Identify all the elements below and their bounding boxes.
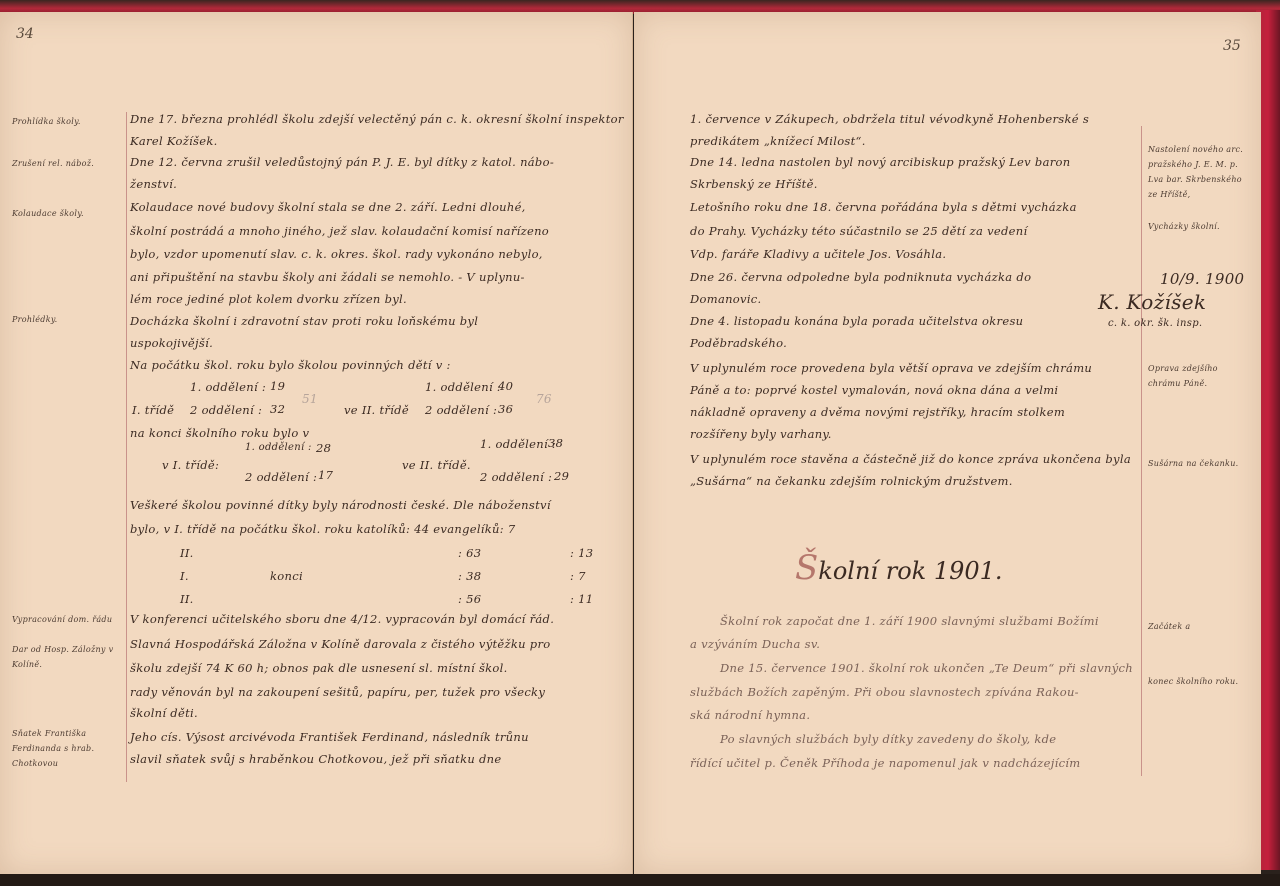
text-line: školu zdejší 74 K 60 h; obnos pak dle us… [130, 661, 508, 675]
text-line: predikátem „knížecí Milost“. [690, 134, 866, 148]
text-line: Letošního roku dne 18. června pořádána b… [690, 200, 1077, 214]
class-II-div2-label: 2 oddělení : [425, 403, 497, 417]
text-line: Na počátku škol. roku bylo školou povinn… [130, 358, 451, 372]
religion-evangelical-count: : 13 [570, 546, 593, 560]
heading-initial: Š [795, 548, 818, 588]
margin-rule [1141, 126, 1142, 776]
margin-note: Kolaudace školy. [12, 206, 117, 221]
end-class-II-div1-count: 38 [548, 436, 563, 450]
class-I-div1-label: 1. oddělení : [190, 380, 266, 394]
class-I-label: I. třídě [132, 403, 174, 417]
class-II-div1-count: 40 [498, 379, 513, 393]
religion-class: I. [180, 569, 189, 583]
margin-note: Začátek a [1148, 619, 1252, 634]
text-line: nákladně opraveny a dvěma novými rejstří… [690, 405, 1065, 419]
text-line: V uplynulém roce provedena byla větší op… [690, 361, 1092, 375]
text-line: lém roce jediné plot kolem dvorku zřízen… [130, 292, 407, 306]
margin-note: Dar od Hosp. Záložny v Kolíně. [12, 642, 117, 672]
page-number: 35 [1223, 38, 1241, 54]
text-line: Karel Kožíšek. [130, 134, 218, 148]
text-line: Dne 26. června odpoledne byla podniknuta… [690, 270, 1031, 284]
margin-note: Nastolení nového arc. pražského J. E. M.… [1148, 142, 1252, 202]
margin-rule [126, 112, 127, 782]
class-II-div2-count: 36 [498, 402, 513, 416]
margin-note: konec školního roku. [1148, 674, 1252, 689]
text-line: školní postrádá a mnoho jiného, jež slav… [130, 224, 549, 238]
heading-text: kolní rok 1901. [818, 557, 1002, 585]
class-I-div1-count: 19 [270, 379, 285, 393]
margin-note: Zrušení rel. nábož. [12, 156, 117, 171]
page-number: 34 [16, 26, 34, 42]
end-class-I-div2-label: 2 oddělení : [245, 470, 317, 484]
text-line: „Sušárna“ na čekanku zdejším rolnickým d… [690, 474, 1013, 488]
text-line: bylo, vzdor upomenutí slav. c. k. okres.… [130, 247, 543, 261]
text-line: Páně a to: poprvé kostel vymalován, nová… [690, 383, 1058, 397]
text-line: a vzýváním Ducha sv. [690, 637, 820, 651]
margin-note: Prohlídka školy. [12, 114, 117, 129]
text-line: Docházka školní i zdravotní stav proti r… [130, 314, 478, 328]
religion-catholic-count: : 63 [458, 546, 481, 560]
text-line: do Prahy. Vycházky této súčastnilo se 25… [690, 224, 1027, 238]
text-line: Domanovic. [690, 292, 762, 306]
text-line: Vdp. faráře Kladivy a učitele Jos. Vosáh… [690, 247, 946, 261]
text-line: 1. července v Zákupech, obdržela titul v… [690, 112, 1089, 126]
text-line: V konferenci učitelského sboru dne 4/12.… [130, 612, 554, 626]
religion-catholic-count: : 56 [458, 592, 481, 606]
religion-class: II. [180, 592, 194, 606]
text-line: Školní rok započat dne 1. září 1900 slav… [720, 614, 1099, 628]
margin-note: Sušárna na čekanku. [1148, 456, 1252, 471]
text-line: Dne 17. března prohlédl školu zdejší vel… [130, 112, 624, 126]
text-line: Dne 15. července 1901. školní rok ukonče… [720, 661, 1133, 675]
signature-title: c. k. okr. šk. insp. [1108, 318, 1202, 329]
text-line: Kolaudace nové budovy školní stala se dn… [130, 200, 526, 214]
end-class-II-div2-label: 2 oddělení : [480, 470, 552, 484]
class-I-div2-label: 2 oddělení : [190, 403, 262, 417]
signature-date: 10/9. 1900 [1160, 270, 1244, 288]
text-line: slavil sňatek svůj s hraběnkou Chotkovou… [130, 752, 501, 766]
text-line: Skrbenský ze Hříště. [690, 177, 818, 191]
text-line: školní děti. [130, 706, 198, 720]
text-line: rady věnován byl na zakoupení sešitů, pa… [130, 685, 545, 699]
text-line: službách Božích zapěným. Při obou slavno… [690, 685, 1079, 699]
text-line: Dne 14. ledna nastolen byl nový arcibisk… [690, 155, 1070, 169]
class-II-label: ve II. třídě [344, 403, 409, 417]
religion-evangelical-count: : 11 [570, 592, 593, 606]
text-line: řídící učitel p. Čeněk Příhoda je napome… [690, 756, 1081, 770]
text-line: Poděbradského. [690, 336, 787, 350]
religion-catholic-count: : 38 [458, 569, 481, 583]
text-line: uspokojivější. [130, 336, 213, 350]
class-II-div1-label: 1. oddělení : [425, 380, 501, 394]
religion-when: konci [270, 569, 303, 583]
text-line: Dne 4. listopadu konána byla porada učit… [690, 314, 1023, 328]
religion-class: II. [180, 546, 194, 560]
text-line: V uplynulém roce stavěna a částečně již … [690, 452, 1131, 466]
text-line: ská národní hymna. [690, 708, 810, 722]
religion-intro: bylo, v I. třídě na počátku škol. roku k… [130, 522, 516, 536]
text-line: Jeho cís. Výsost arcivévoda František Fe… [130, 730, 529, 744]
end-intro: na konci školního roku bylo v [130, 426, 309, 440]
text-line: rozšířeny byly varhany. [690, 427, 832, 441]
class-II-total-pencil: 76 [536, 392, 552, 406]
margin-note: Prohlédky. [12, 312, 117, 327]
nationality-line: Veškeré školou povinné dítky byly národn… [130, 498, 551, 512]
margin-note: Vycházky školní. [1148, 219, 1252, 234]
end-class-II-div1-label: 1. oddělení : [480, 437, 556, 451]
end-class-I-div2-count: 17 [318, 468, 333, 482]
end-class-I-div1-label: 1. oddělení : [245, 442, 312, 453]
text-line: ani připuštění na stavbu školy ani žádal… [130, 270, 525, 284]
signature-name: K. Kožíšek [1098, 290, 1206, 314]
end-class-I-div1-count: 28 [316, 441, 331, 455]
text-line: Po slavných službách byly dítky zavedeny… [720, 732, 1056, 746]
class-I-total-pencil: 51 [302, 392, 318, 406]
class-I-div2-count: 32 [270, 402, 285, 416]
margin-note: Vypracování dom. řádu [12, 612, 117, 627]
religion-evangelical-count: : 7 [570, 569, 586, 583]
text-line: Dne 12. června zrušil veledůstojný pán P… [130, 155, 554, 169]
text-line: Slavná Hospodářská Záložna v Kolíně daro… [130, 637, 551, 651]
text-line: ženství. [130, 177, 177, 191]
margin-note: Oprava zdejšího chrámu Páně. [1148, 361, 1252, 391]
section-heading-school-year-1901: Školní rok 1901. [795, 548, 1003, 588]
end-class-II-div2-count: 29 [554, 469, 569, 483]
end-class-II-label: ve II. třídě. [402, 458, 471, 472]
margin-note: Sňatek Františka Ferdinanda s hrab. Chot… [12, 726, 117, 771]
end-class-I-label: v I. třídě: [162, 458, 219, 472]
book-cover-bottom-edge [0, 874, 1280, 886]
